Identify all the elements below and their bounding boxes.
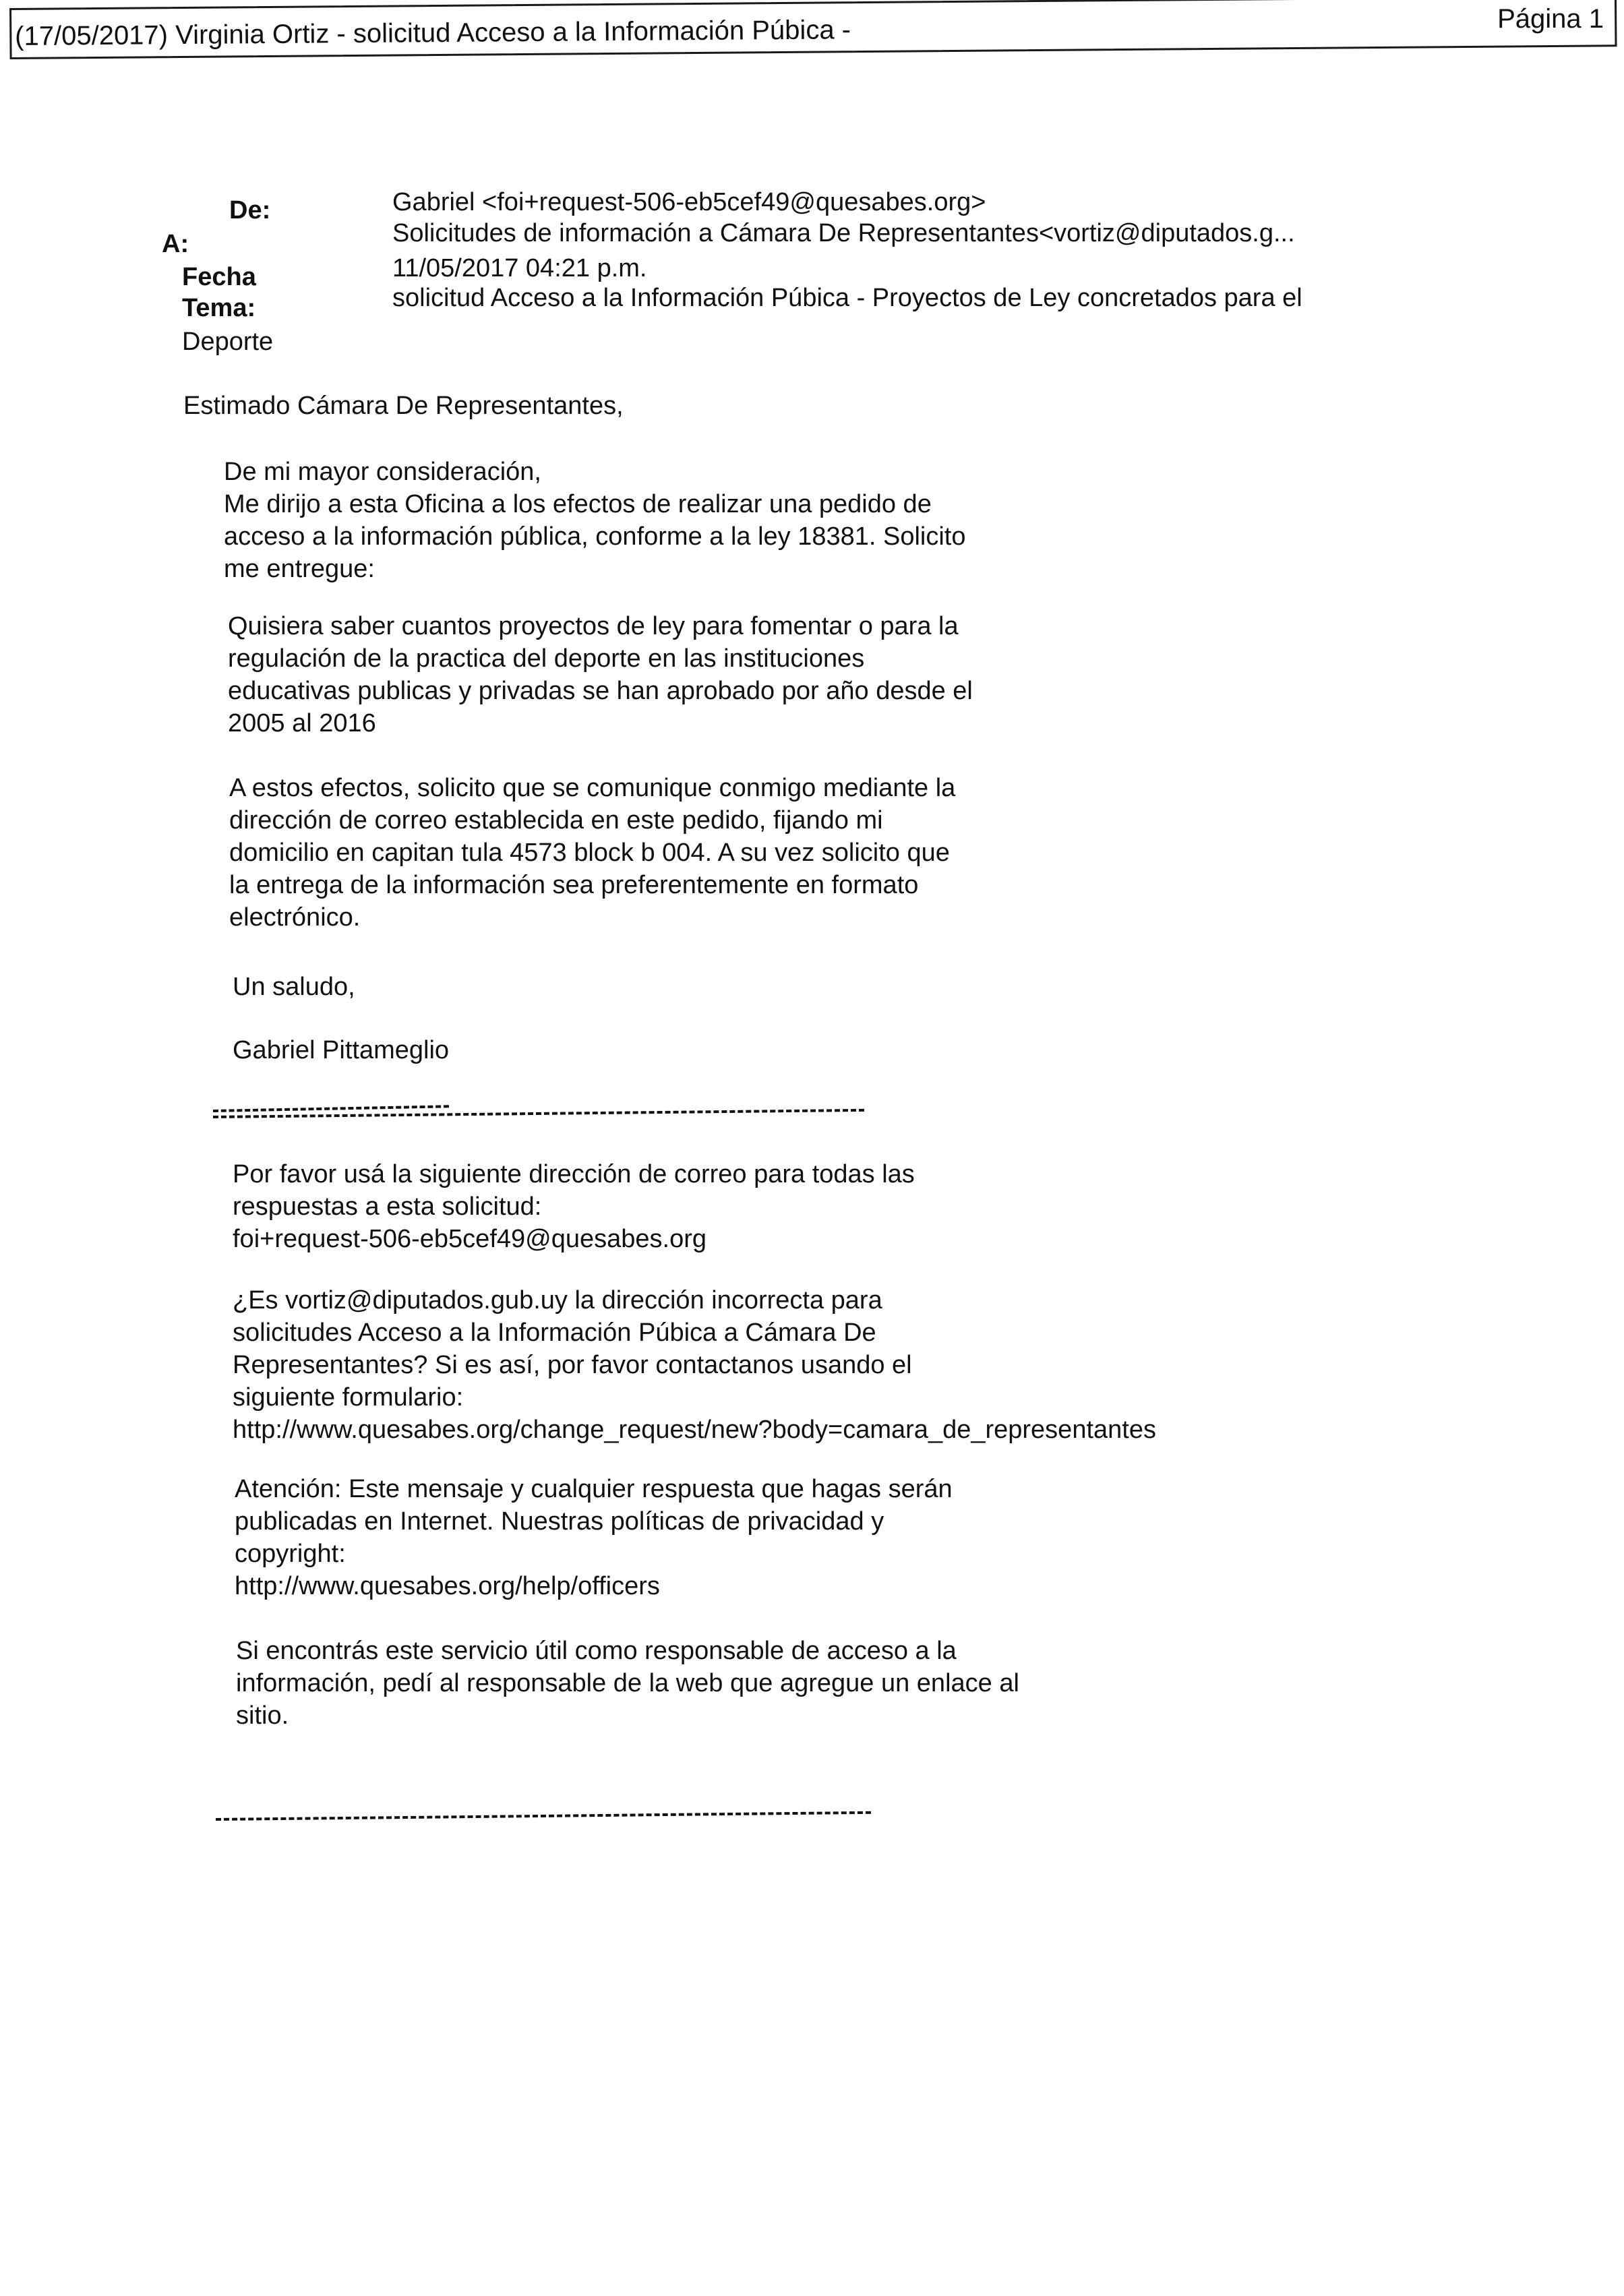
date-value: 11/05/2017 04:21 p.m.	[392, 252, 646, 284]
print-header-title: (17/05/2017) Virginia Ortiz - solicitud …	[15, 13, 851, 53]
from-label: De:	[229, 194, 270, 226]
greeting: Estimado Cámara De Representantes,	[183, 390, 624, 422]
link-request-notice: Si encontrás este servicio útil como res…	[236, 1635, 1019, 1732]
from-value: Gabriel <foi+request-506-eb5cef49@quesab…	[392, 186, 986, 218]
signature: Gabriel Pittameglio	[233, 1034, 449, 1066]
to-label: A:	[162, 228, 189, 260]
scanned-email-page: (17/05/2017) Virginia Ortiz - solicitud …	[0, 0, 1624, 2296]
closing: Un saludo,	[233, 971, 355, 1003]
wrong-address-notice: ¿Es vortiz@diputados.gub.uy la dirección…	[233, 1284, 1156, 1446]
date-label: Fecha	[182, 261, 256, 293]
separator-line	[213, 1105, 449, 1112]
contact-paragraph: A estos efectos, solicito que se comuniq…	[229, 772, 955, 934]
separator-line	[216, 1811, 871, 1821]
page-number: Página 1	[1497, 3, 1604, 35]
change-request-link[interactable]: http://www.quesabes.org/change_request/n…	[233, 1414, 1156, 1446]
privacy-notice: Atención: Este mensaje y cualquier respu…	[235, 1473, 953, 1602]
intro-paragraph: De mi mayor consideración, Me dirijo a e…	[224, 456, 966, 585]
subject-continuation: Deporte	[182, 326, 273, 358]
request-paragraph: Quisiera saber cuantos proyectos de ley …	[228, 610, 973, 739]
officers-help-link[interactable]: http://www.quesabes.org/help/officers	[235, 1570, 953, 1602]
subject-label: Tema:	[182, 292, 255, 324]
to-value: Solicitudes de información a Cámara De R…	[392, 217, 1295, 249]
reply-notice: Por favor usá la siguiente dirección de …	[233, 1158, 915, 1255]
reply-address: foi+request-506-eb5cef49@quesabes.org	[233, 1223, 915, 1255]
subject-value: solicitud Acceso a la Información Púbica…	[392, 282, 1302, 314]
